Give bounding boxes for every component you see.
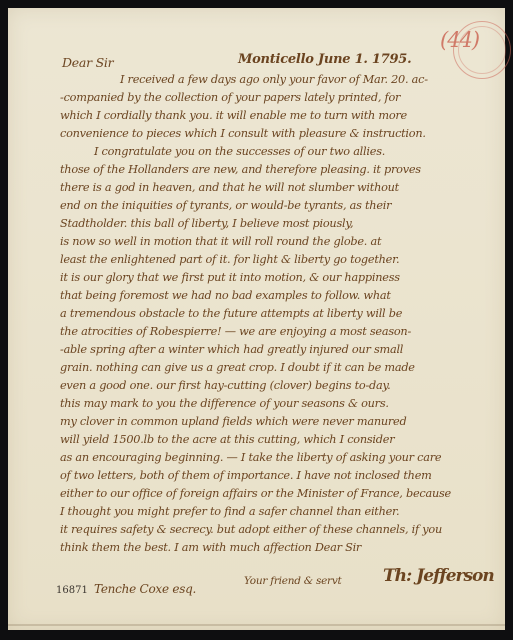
salutation: Dear Sir (62, 55, 113, 70)
letter-line: a tremendous obstacle to the future atte… (60, 307, 402, 320)
letter-line: convenience to pieces which I consult wi… (60, 127, 426, 140)
letter-line: either to our office of foreign affairs … (60, 487, 451, 500)
letter-line: I thought you might prefer to find a saf… (60, 505, 399, 518)
letter-line: of two letters, both of them of importan… (60, 469, 432, 482)
letter-line: those of the Hollanders are new, and the… (60, 163, 421, 176)
letter-line: which I cordially thank you. it will ena… (60, 109, 407, 122)
letter-line: end on the iniquities of tyrants, or wou… (60, 199, 391, 212)
page-edge (8, 624, 505, 626)
folio-number: (44) (440, 28, 479, 52)
closing: Your friend & servt (244, 575, 341, 587)
letter-line: it requires safety & secrecy. but adopt … (60, 523, 442, 536)
letter-line: is now so well in motion that it will ro… (60, 235, 381, 248)
letter-line: I congratulate you on the successes of o… (94, 145, 385, 158)
letter-line: will yield 1500.lb to the acre at this c… (60, 433, 394, 446)
letter-line: grain. nothing can give us a great crop.… (60, 361, 415, 374)
letter-line: think them the best. I am with much affe… (60, 541, 361, 554)
letter-line: -able spring after a winter which had gr… (60, 343, 403, 356)
dateline: Monticello June 1. 1795. (238, 52, 411, 67)
letter-line: there is a god in heaven, and that he wi… (60, 181, 399, 194)
letter-line: this may mark to you the difference of y… (60, 397, 389, 410)
letter-line: even a good one. our first hay-cutting (… (60, 379, 390, 392)
letter-line: that being foremost we had no bad exampl… (60, 289, 391, 302)
letter-line: I received a few days ago only your favo… (120, 73, 428, 86)
index-number: 16871 (56, 585, 88, 596)
letter-line: as an encouraging beginning. — I take th… (60, 451, 441, 464)
letter-line: it is our glory that we first put it int… (60, 271, 400, 284)
signature: Th: Jefferson (383, 566, 494, 586)
addressee: Tenche Coxe esq. (94, 582, 196, 596)
letter-line: least the enlightened part of it. for li… (60, 253, 399, 266)
letter-line: Stadtholder. this ball of liberty, I bel… (60, 217, 353, 230)
letter-line: -companied by the collection of your pap… (60, 91, 400, 104)
letter-line: my clover in common upland fields which … (60, 415, 406, 428)
letter-line: the atrocities of Robespierre! — we are … (60, 325, 411, 338)
